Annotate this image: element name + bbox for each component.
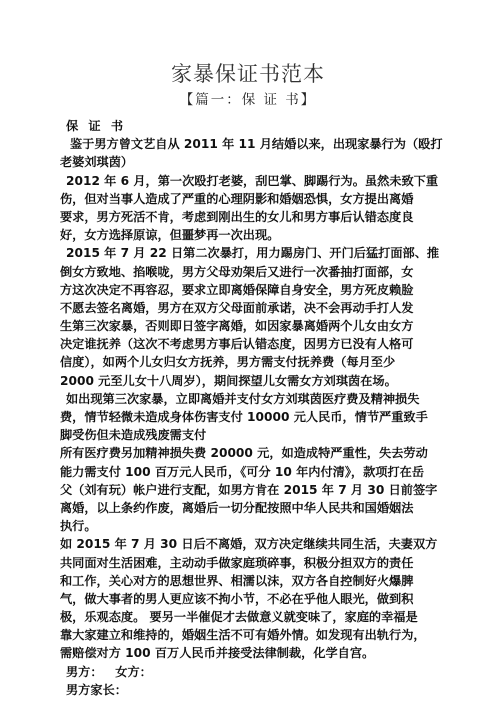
paragraph-line: 离婚，以上条约作废，离婚后一切分配按照中华人民共和国婚姻法 bbox=[60, 499, 450, 517]
paragraph-line: 执行。 bbox=[60, 517, 450, 535]
paragraph-line: 伤，但对当事人造成了严重的心理阴影和婚姻恐惧，女方提出离婚 bbox=[60, 190, 450, 208]
paragraph-line: 如出现第三次家暴，立即离婚并支付女方刘琪茵医疗费及精神损失 bbox=[60, 390, 450, 408]
paragraph-line: 需赔偿对方 100 百万人民币并接受法律制裁，化学自宫。 bbox=[60, 644, 450, 662]
paragraph-line: 要求，男方死活不肯，考虑到刚出生的女儿和男方事后认错态度良 bbox=[60, 208, 450, 226]
paragraph-line: 费，情节轻微未造成身体伤害支付 10000 元人民币，情节严重致手 bbox=[60, 408, 450, 426]
paragraph-line: 决定谁抚养（这次不考虑男方事后认错态度，因男方已没有人格可 bbox=[60, 335, 450, 353]
document-body: 保 证 书 鉴于男方曾文艺自从 2011 年 11 月结婚以来，出现家暴行为（殴… bbox=[60, 117, 450, 699]
paragraph-line: 2000 元至儿女十八周岁），期间探望儿女需女方刘琪茵在场。 bbox=[60, 372, 450, 390]
paragraph-line: 信度），如两个儿女归女方抚养，男方需支付抚养费（每月至少 bbox=[60, 353, 450, 371]
paragraph-line: 气，做大事者的男人更应该不拘小节，不必在乎他人眼光，做到积 bbox=[60, 590, 450, 608]
paragraph-line: 2012 年 6 月，第一次殴打老婆，刮巴掌、脚踢行为。虽然未致下重 bbox=[60, 172, 450, 190]
paragraph-line: 脚受伤但未造成残废需支付 bbox=[60, 426, 450, 444]
paragraph-line: 极，乐观态度。 要另一半催促才去做意义就变味了，家庭的幸福是 bbox=[60, 608, 450, 626]
signature-line-parties: 男方： 女方： bbox=[60, 663, 450, 681]
paragraph-line: 靠大家建立和维持的，婚姻生活不可有婚外情。如发现有出轨行为， bbox=[60, 626, 450, 644]
document-title: 家暴保证书范本 bbox=[0, 58, 496, 88]
paragraph-line: 鉴于男方曾文艺自从 2011 年 11 月结婚以来，出现家暴行为（殴打 bbox=[60, 135, 450, 153]
paragraph-line: 不愿去签名离婚，男方在双方父母面前承诺，决不会再动手打人发 bbox=[60, 299, 450, 317]
paragraph-line: 和工作，关心对方的思想世界、相濡以沫，双方各自控制好火爆脾 bbox=[60, 572, 450, 590]
paragraph-line: 父（刘有玩）帐户进行支配，如男方肯在 2015 年 7 月 30 日前签字 bbox=[60, 481, 450, 499]
paragraph-line: 倒女方致地、掐喉咙，男方父母劝架后又进行一次番抽打面部，女 bbox=[60, 263, 450, 281]
document-page: 家暴保证书范本 【篇一：保 证 书】 保 证 书 鉴于男方曾文艺自从 2011 … bbox=[0, 0, 496, 702]
paragraph-line: 2015 年 7 月 22 日第二次暴打，用力踢房门、开门后猛打面部、推 bbox=[60, 244, 450, 262]
paragraph-line: 所有医疗费另加精神损失费 20000 元，如造成特严重性，失去劳动 bbox=[60, 444, 450, 462]
paragraph-line: 能力需支付 100 百万元人民币，《可分 10 年内付清》，款项打在岳 bbox=[60, 463, 450, 481]
paragraph-line: 方这次决定不再容忍，要求立即离婚保障自身安全，男方死皮赖脸 bbox=[60, 281, 450, 299]
paragraph-line: 生第三次家暴，否则即日签字离婚，如因家暴离婚两个儿女由女方 bbox=[60, 317, 450, 335]
paragraph-line: 好，女方选择原谅，但噩梦再一次出现。 bbox=[60, 226, 450, 244]
section-heading: 保 证 书 bbox=[60, 117, 450, 135]
document-subtitle: 【篇一：保 证 书】 bbox=[0, 88, 496, 108]
paragraph-line: 共同面对生活困难，主动动手做家庭琐碎事，积极分担双方的责任 bbox=[60, 554, 450, 572]
paragraph-line: 如 2015 年 7 月 30 日后不离婚，双方决定继续共同生活，夫妻双方 bbox=[60, 535, 450, 553]
signature-line-parents: 男方家长： bbox=[60, 681, 450, 699]
paragraph-line: 老婆刘琪茵） bbox=[60, 153, 450, 171]
